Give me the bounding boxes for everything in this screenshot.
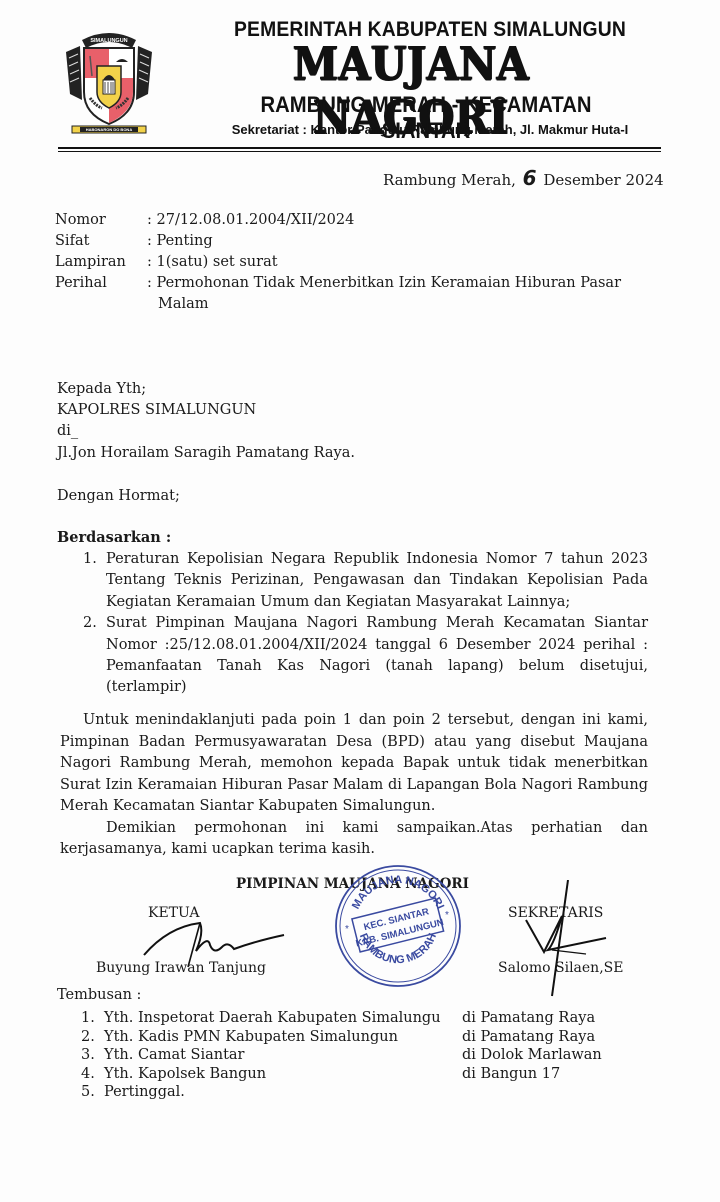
meta-value-nomor: : 27/12.08.01.2004/XII/2024 [147, 210, 354, 230]
cc-item-4-place: di Bangun 17 [462, 1065, 560, 1084]
basis-item-1-num: 1. [83, 549, 97, 571]
letterhead-rule-thin [58, 151, 661, 152]
recipient-line2: KAPOLRES SIMALUNGUN [57, 400, 256, 420]
cc-item-1-num: 1. [81, 1009, 95, 1028]
basis-item-2-line2: Nomor :25/12.08.01.2004/XII/2024 tanggal… [106, 635, 648, 657]
meta-value-lampiran: : 1(satu) set surat [147, 252, 278, 272]
left-signatory-name: Buyung Irawan Tanjung [96, 958, 266, 978]
date-line: Rambung Merah, 6 Desember 2024 [383, 168, 664, 190]
recipient-line4: Jl.Jon Horailam Saragih Pamatang Raya. [57, 443, 355, 463]
meta-label-nomor: Nomor [55, 210, 106, 230]
right-signatory-name: Salomo Silaen,SE [498, 958, 623, 978]
right-signature-icon [508, 880, 618, 1000]
cc-item-2-place: di Pamatang Raya [462, 1028, 595, 1047]
meta-label-lampiran: Lampiran [55, 252, 126, 272]
cc-item-2-num: 2. [81, 1028, 95, 1047]
svg-text:MAUJANA NAGORI: MAUJANA NAGORI [350, 874, 446, 911]
letter-page: SIMALUNGUN HABONARON DO BONA PEMERINTAH … [0, 0, 720, 1202]
basis-heading: Berdasarkan : [57, 528, 171, 548]
meta-label-sifat: Sifat [55, 231, 89, 251]
cc-item-1-to: Yth. Inspetorat Daerah Kabupaten Simalun… [104, 1009, 441, 1028]
svg-text:*: * [345, 924, 349, 935]
basis-item-2-num: 2. [83, 613, 97, 635]
meta-value-perihal: : Permohonan Tidak Menerbitkan Izin Kera… [147, 273, 621, 293]
cc-item-4-to: Yth. Kapolsek Bangun [104, 1065, 266, 1084]
meta-value-sifat: : Penting [147, 231, 213, 251]
official-stamp: MAUJANA NAGORI KEC. SIANTAR KAB. SIMALUN… [333, 862, 463, 990]
meta-label-perihal: Perihal [55, 273, 107, 293]
svg-text:*: * [445, 910, 449, 921]
date-place: Rambung Merah, [383, 171, 516, 189]
greeting: Dengan Hormat; [57, 486, 180, 506]
cc-item-3-place: di Dolok Marlawan [462, 1046, 602, 1065]
basis-item-2-line1: Surat Pimpinan Maujana Nagori Rambung Me… [106, 613, 648, 635]
recipient-line3: di_ [57, 421, 78, 441]
paragraph2-line2: kerjasamanya, kami ucapkan terima kasih. [60, 839, 648, 861]
meta-value-perihal-cont: Malam [158, 294, 209, 314]
basis-item-1-line2: Tentang Teknis Perizinan, Pengawasan dan… [106, 570, 648, 592]
basis-item-1-line3: Kegiatan Keramaian Umum dan Kegiatan Mas… [106, 592, 648, 614]
cc-item-3-to: Yth. Camat Siantar [104, 1046, 244, 1065]
cc-item-5-num: 5. [81, 1083, 95, 1102]
coat-of-arms-icon: SIMALUNGUN HABONARON DO BONA [60, 22, 158, 134]
date-day-handwritten: 6 [523, 166, 537, 190]
stamp-outer-top: MAUJANA NAGORI [350, 874, 446, 911]
letterhead-address: Sekretariat : Kantor Pangulu Rambung Mer… [210, 122, 650, 137]
paragraph1-line4: Surat Izin Keramaian Hiburan Pasar Malam… [60, 775, 648, 797]
basis-item-2-line4: (terlampir) [106, 677, 648, 699]
date-month-year: Desember 2024 [543, 171, 663, 189]
paragraph1-line2: Pimpinan Badan Permusyawaratan Desa (BPD… [60, 732, 648, 754]
basis-item-2-line3: Pemanfaatan Tanah Kas Nagori (tanah lapa… [106, 656, 648, 678]
cc-item-1-place: di Pamatang Raya [462, 1009, 595, 1028]
paragraph1-line1: Untuk menindaklanjuti pada poin 1 dan po… [83, 710, 648, 732]
paragraph1-line3: Nagori Rambung Merah, memohon kepada Bap… [60, 753, 648, 775]
recipient-line1: Kepada Yth; [57, 379, 146, 399]
basis-item-1-line1: Peraturan Kepolisian Negara Republik Ind… [106, 549, 648, 571]
paragraph1-line5: Merah Kecamatan Siantar Kabupaten Simalu… [60, 796, 648, 818]
logo-banner-top: SIMALUNGUN [90, 38, 127, 44]
cc-heading: Tembusan : [57, 985, 141, 1005]
logo-banner-bottom: HABONARON DO BONA [86, 127, 133, 132]
letterhead-rule [58, 147, 661, 149]
cc-item-3-num: 3. [81, 1046, 95, 1065]
paragraph2-line1: Demikian permohonan ini kami sampaikan.A… [106, 818, 648, 840]
cc-item-4-num: 4. [81, 1065, 95, 1084]
cc-item-5-to: Pertinggal. [104, 1083, 185, 1102]
cc-item-2-to: Yth. Kadis PMN Kabupaten Simalungun [104, 1028, 398, 1047]
